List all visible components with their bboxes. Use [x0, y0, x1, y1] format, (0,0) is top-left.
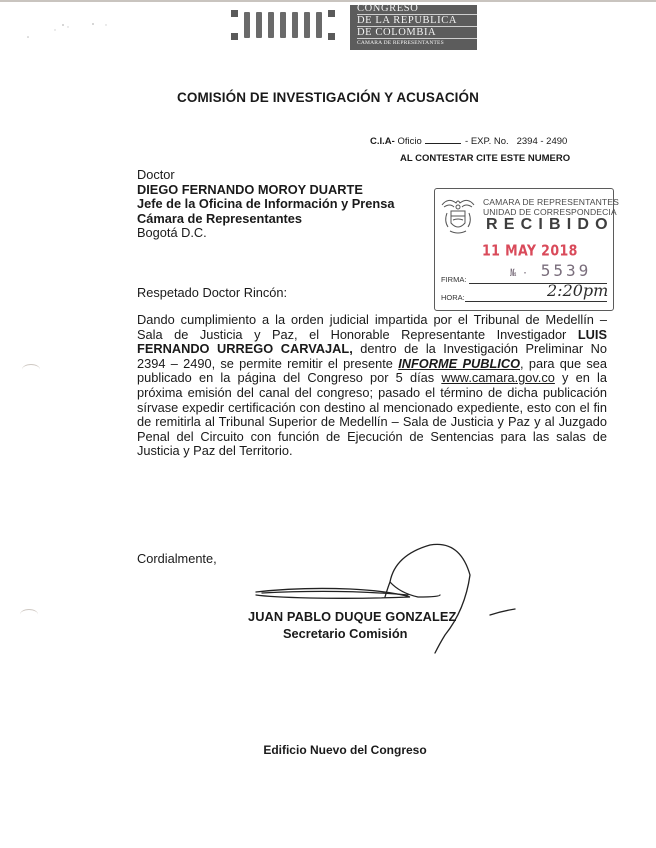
letterhead-line-1: CONGRESO — [357, 3, 477, 15]
congress-logo-icon — [231, 5, 349, 45]
addressee-salutation: Doctor — [137, 168, 394, 183]
reference-prefix: C.I.A- — [370, 136, 395, 147]
scan-edge — [0, 0, 656, 2]
addressee-institution: Cámara de Representantes — [137, 212, 394, 227]
hora-value: 2:20pm — [547, 281, 608, 300]
scan-specks — [20, 15, 120, 45]
firma-label: FIRMA: — [441, 275, 466, 284]
coat-of-arms-icon — [438, 195, 478, 239]
document-heading: COMISIÓN DE INVESTIGACIÓN Y ACUSACIÓN — [0, 90, 656, 105]
hora-line — [465, 301, 607, 302]
oficio-label: Oficio — [395, 136, 422, 147]
letterhead-line-2: DE LA REPUBLICA — [357, 15, 477, 27]
addressee-block: Doctor DIEGO FERNANDO MOROY DUARTE Jefe … — [137, 168, 394, 241]
addressee-position: Jefe de la Oficina de Información y Pren… — [137, 197, 394, 212]
greeting: Respetado Doctor Rincón: — [137, 285, 287, 300]
letterhead-line-4: CAMARA DE REPRESENTANTES — [357, 39, 477, 47]
body-part-1: Dando cumplimiento a la orden judicial i… — [137, 312, 607, 342]
stamp-number-value: 5539 — [541, 261, 592, 280]
stamp-org: CAMARA DE REPRESENTANTES — [483, 197, 619, 207]
stamp-number: № · 5539 — [510, 261, 591, 280]
letterhead-line-3: DE COLOMBIA — [357, 27, 477, 39]
stamp-date: 11 MAY 2018 — [482, 242, 578, 260]
stamp-status: RECIBIDO — [486, 216, 614, 234]
body-paragraph: Dando cumplimiento a la orden judicial i… — [137, 313, 607, 459]
addressee-name: DIEGO FERNANDO MOROY DUARTE — [137, 183, 394, 198]
footer-address: Edificio Nuevo del Congreso — [0, 743, 656, 757]
exp-number: 2394 - 2490 — [517, 136, 568, 147]
reference-note: AL CONTESTAR CITE ESTE NUMERO — [400, 153, 570, 164]
punch-hole-mark — [22, 364, 40, 375]
report-title: INFORME PUBLICO — [398, 356, 520, 371]
addressee-city: Bogotá D.C. — [137, 226, 394, 241]
signer-name: JUAN PABLO DUQUE GONZALEZ — [248, 609, 456, 624]
hora-label: HORA: — [441, 293, 465, 302]
received-stamp: CAMARA DE REPRESENTANTES UNIDAD DE CORRE… — [434, 188, 614, 311]
exp-label: - EXP. No. — [462, 136, 508, 147]
closing: Cordialmente, — [137, 551, 217, 566]
stamp-number-prefix: № · — [510, 268, 528, 279]
reference-line: C.I.A- Oficio - EXP. No. 2394 - 2490 — [370, 135, 567, 147]
punch-hole-mark — [20, 609, 38, 620]
website-link[interactable]: www.camara.gov.co — [441, 370, 555, 385]
signer-title: Secretario Comisión — [283, 626, 407, 641]
letterhead-text-box: CONGRESO DE LA REPUBLICA DE COLOMBIA CAM… — [350, 5, 477, 50]
oficio-blank — [425, 135, 461, 144]
